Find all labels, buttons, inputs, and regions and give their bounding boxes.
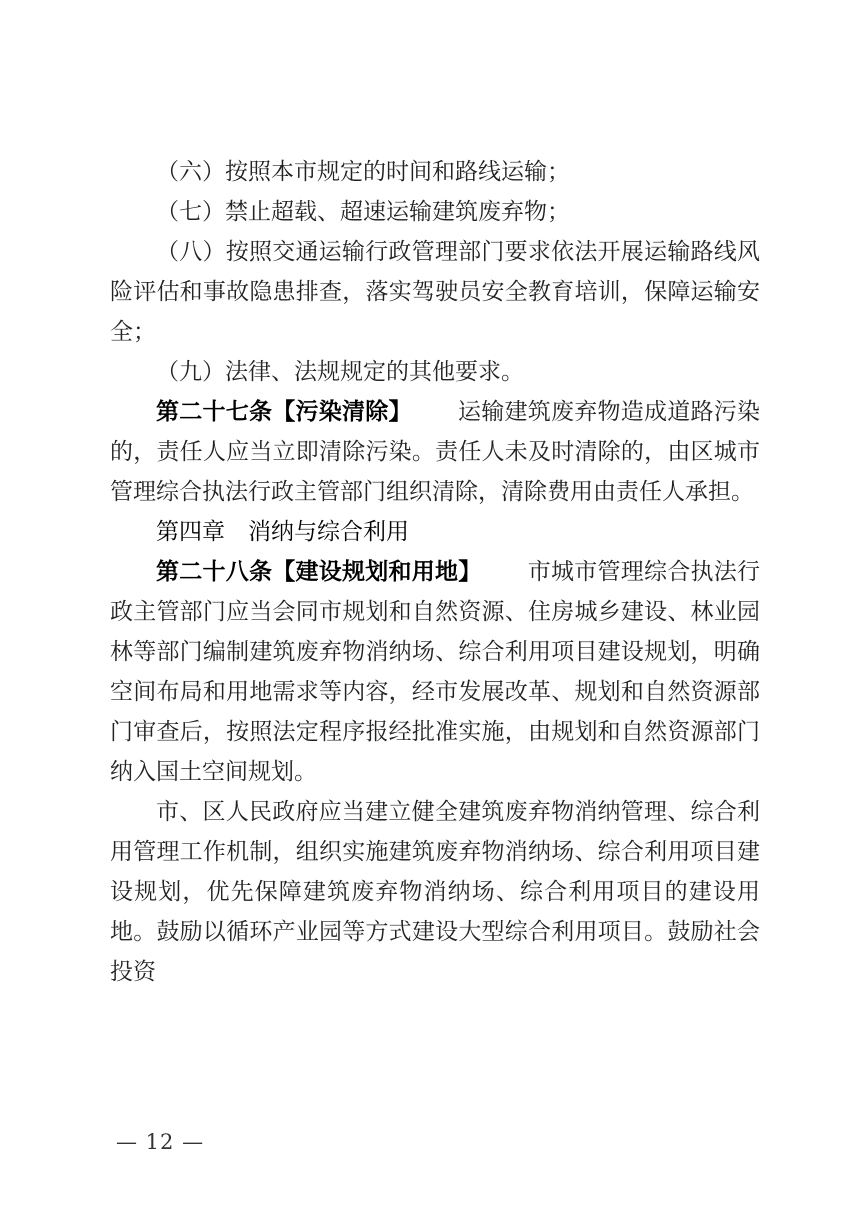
- article-27-paragraph: 第二十七条【污染清除】运输建筑废弃物造成道路污染的，责任人应当立即清除污染。责任…: [110, 392, 760, 512]
- article-28-paragraph: 第二十八条【建设规划和用地】市城市管理综合执法行政主管部门应当会同市规划和自然资…: [110, 552, 760, 792]
- list-item-7: （七）禁止超载、超速运输建筑废弃物；: [110, 192, 760, 232]
- list-item-9: （九）法律、法规规定的其他要求。: [110, 352, 760, 392]
- page-number: — 12 —: [116, 1128, 204, 1156]
- article-28-body: 市城市管理综合执法行政主管部门应当会同市规划和自然资源、住房城乡建设、林业园林等…: [110, 559, 760, 785]
- list-item-8: （八）按照交通运输行政管理部门要求依法开展运输路线风险评估和事故隐患排查，落实驾…: [110, 232, 760, 352]
- document-content: （六）按照本市规定的时间和路线运输； （七）禁止超载、超速运输建筑废弃物； （八…: [110, 152, 760, 992]
- document-page: （六）按照本市规定的时间和路线运输； （七）禁止超载、超速运输建筑废弃物； （八…: [0, 0, 868, 1227]
- article-28-title: 第二十八条【建设规划和用地】: [156, 559, 482, 585]
- chapter-4-heading: 第四章 消纳与综合利用: [110, 512, 760, 552]
- article-27-title: 第二十七条【污染清除】: [156, 399, 412, 425]
- list-item-6: （六）按照本市规定的时间和路线运输；: [110, 152, 760, 192]
- paragraph-government-duty: 市、区人民政府应当建立健全建筑废弃物消纳管理、综合利用管理工作机制，组织实施建筑…: [110, 792, 760, 992]
